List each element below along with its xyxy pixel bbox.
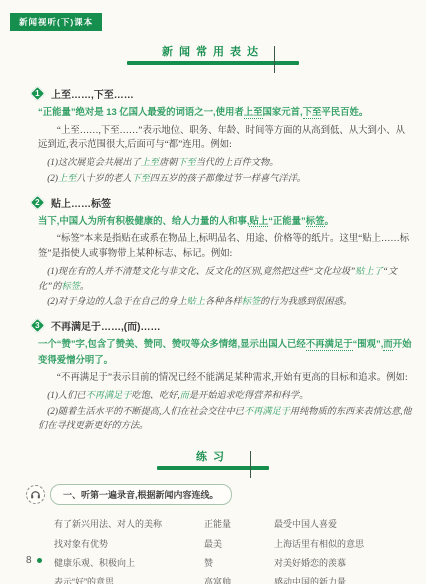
grammar-point-3: 3 不再满足于……,(而)…… 一个“赞”字,包含了赞美、赞同、赞叹等众多情绪,…: [30, 318, 414, 433]
diamond-number-badge: 2: [30, 194, 46, 210]
match-description: 健康乐观、积极向上: [54, 556, 204, 570]
page-number-dot: [37, 558, 42, 563]
grammar-content: 1 上至……,下至…… “正能量”绝对是 13 亿国人最爱的词语之一,使用者上至…: [0, 65, 426, 433]
match-term: 正能量: [204, 517, 274, 531]
match-meaning: 感动中国的新力量: [274, 575, 426, 584]
exercise-title: 练习: [196, 448, 230, 464]
grammar-point-2-explanation: “标签”本来是指贴在或系在物品上,标明品名、用途、价格等的纸片。这里“贴上……标…: [38, 232, 414, 262]
match-term: 赞: [204, 556, 274, 570]
match-meaning: 最受中国人喜爱: [274, 517, 426, 531]
badge-number: 3: [35, 321, 39, 330]
grammar-point-3-title: 不再满足于……,(而)……: [51, 318, 160, 333]
match-meaning: 对美好婚恋的羡慕: [274, 556, 426, 570]
page-title: 新闻常用表达: [162, 43, 264, 59]
grammar-point-2-title: 贴上……标签: [51, 195, 111, 210]
match-meaning: 上海话里有相似的意思: [274, 537, 426, 551]
page-number: 8: [26, 555, 32, 566]
page-title-block: 新闻常用表达: [127, 0, 299, 65]
grammar-point-2-heading-row: 2 贴上……标签: [30, 195, 414, 210]
grammar-point-1-title: 上至……,下至……: [51, 86, 134, 101]
grammar-point-1-heading-row: 1 上至……,下至……: [30, 86, 414, 101]
diamond-number-badge: 3: [30, 318, 46, 334]
title-cross-line: [274, 46, 275, 73]
badge-number: 1: [35, 89, 39, 98]
grammar-point-3-explanation: “不再满足于”表示目前的情况已经不能满足某种需求,开始有更高的目标和追求。例如:: [38, 371, 414, 386]
match-description: 表示“好”的意思: [54, 575, 204, 584]
grammar-point-1: 1 上至……,下至…… “正能量”绝对是 13 亿国人最爱的词语之一,使用者上至…: [30, 86, 414, 186]
badge-number: 2: [35, 198, 39, 207]
grammar-point-3-news-sentence: 一个“赞”字,包含了赞美、赞同、赞叹等众多情绪,显示出国人已经不再满足于“围观”…: [38, 336, 414, 367]
exercise-title-block: 练习: [157, 447, 269, 470]
match-description: 找对象有优势: [54, 537, 204, 551]
page-number-row: 8: [26, 555, 42, 566]
grammar-point-2-example-2: (2)对于身边的人急于在自己的身上贴上各种各样标签的行为我感到很困惑。: [38, 294, 414, 309]
grammar-point-3-example-2: (2)随着生活水平的不断提高,人们在社会交往中已不再满足于用纯物质的东西来表情达…: [38, 404, 414, 433]
exercise-instruction: 一、听第一遍录音,根据新闻内容连线。: [50, 484, 232, 505]
exercise-rule-bar: [157, 466, 269, 470]
book-title-tab: 新闻视听(下)课本: [10, 13, 102, 31]
grammar-point-1-example-1: (1)这次展览会共展出了上至唐朝下至当代的上百件文物。: [38, 155, 414, 170]
match-term: 最美: [204, 537, 274, 551]
grammar-point-1-example-2: (2)上至八十岁的老人下至四五岁的孩子都像过节一样喜气洋洋。: [38, 171, 414, 186]
grammar-point-2-example-1: (1)现在有的人并不清楚文化与非文化、反文化的区别,竟然把这些“文化垃圾”贴上了…: [38, 264, 414, 293]
grammar-point-3-heading-row: 3 不再满足于……,(而)……: [30, 318, 414, 333]
matching-exercise: 有了新兴用法、对人的美称 正能量 最受中国人喜爱 找对象有优势 最美 上海话里有…: [54, 517, 426, 584]
diamond-number-badge: 1: [30, 86, 46, 102]
grammar-point-2: 2 贴上……标签 当下,中国人为所有积极健康的、给人力量的人和事,贴上“正能量”…: [30, 195, 414, 309]
headphone-icon: [26, 485, 45, 504]
match-description: 有了新兴用法、对人的美称: [54, 517, 204, 531]
grammar-point-1-news-sentence: “正能量”绝对是 13 亿国人最爱的词语之一,使用者上至国家元首,下至平民百姓。: [38, 104, 414, 120]
grammar-point-1-explanation: “上至……,下至……”表示地位、职务、年龄、时间等方面的从高到低、从大到小、从远…: [38, 124, 414, 154]
match-term: 高富帅: [204, 575, 274, 584]
exercise-instruction-row: 一、听第一遍录音,根据新闻内容连线。: [26, 484, 426, 505]
grammar-point-2-news-sentence: 当下,中国人为所有积极健康的、给人力量的人和事,贴上“正能量”标签。: [38, 213, 414, 229]
exercise-cross-line: [250, 451, 251, 478]
grammar-point-3-example-1: (1)人们已不再满足于吃饱、吃好,而是开始追求吃得营养和科学。: [38, 388, 414, 403]
